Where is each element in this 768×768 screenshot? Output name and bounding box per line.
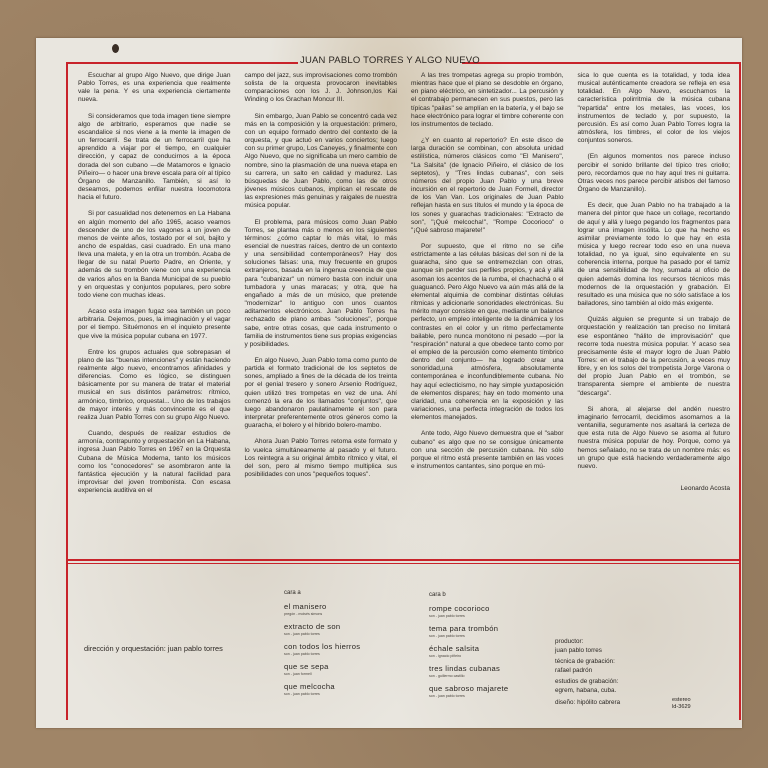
credit-design: diseño: hipólito cabrera — [555, 699, 620, 708]
liner-column-3: A las tres trompetas agrega su propio tr… — [411, 72, 564, 557]
credit-role: técnica de grabación: — [555, 658, 620, 667]
track: que sabroso majarete son - juan pablo to… — [429, 684, 508, 699]
track-credit: pregón - moisés simons — [284, 611, 360, 617]
track-title: extracto de son — [284, 622, 360, 631]
paragraph: Sin embargo, Juan Pablo se concentró cad… — [245, 113, 398, 211]
credit-producer: productor: juan pablo torres — [555, 638, 620, 655]
track-title: rompe cocorioco — [429, 604, 508, 613]
paragraph: campo del jazz, sus improvisaciones como… — [245, 72, 398, 105]
track-title: échale salsita — [429, 644, 508, 653]
track-title: tema para trombón — [429, 624, 508, 633]
paragraph: El problema, para músicos como Juan Pabl… — [245, 219, 398, 350]
track: tema para trombón son - juan pablo torre… — [429, 624, 508, 639]
side-b-label: cara b — [429, 592, 508, 598]
track-title: que se sepa — [284, 662, 360, 671]
paragraph: Ante todo, Algo Nuevo demuestra que el "… — [411, 430, 564, 471]
production-credits: productor: juan pablo torres técnica de … — [555, 638, 620, 710]
format-label: estereo — [672, 697, 691, 704]
paragraph: Ahora Juan Pablo Torres retoma este form… — [245, 438, 398, 479]
catalog-number: ld-3629 — [672, 704, 691, 711]
track: que melcocha son - juan pablo torres — [284, 682, 360, 697]
side-b-tracklist: cara b rompe cocorioco son - juan pablo … — [429, 592, 508, 704]
paragraph: En algo Nuevo, Juan Pablo toma como punt… — [245, 357, 398, 430]
paragraph: Si por casualidad nos detenemos en La Ha… — [78, 210, 231, 300]
paragraph: Escuchar al grupo Algo Nuevo, que dirige… — [78, 72, 231, 105]
track: con todos los hierros son - juan pablo t… — [284, 642, 360, 657]
track: tres lindas cubanas son - guillermo cast… — [429, 664, 508, 679]
track-credit: son - juan pablo torres — [284, 691, 360, 697]
liner-notes: Escuchar al grupo Algo Nuevo, que dirige… — [78, 72, 730, 557]
paragraph: Por supuesto, que el ritmo no se ciñe es… — [411, 243, 564, 422]
paragraph: Cuando, después de realizar estudios de … — [78, 430, 231, 495]
paragraph: (En algunos momentos nos parece incluso … — [578, 153, 731, 194]
paragraph: sica lo que cuenta es la totalidad, y to… — [578, 72, 731, 145]
catalog-info: estereo ld-3629 — [672, 697, 691, 711]
punch-hole — [112, 44, 119, 53]
paragraph: Si consideramos que toda imagen tiene si… — [78, 113, 231, 203]
track-title: tres lindas cubanas — [429, 664, 508, 673]
track-credit: son - juan pablo torres — [429, 633, 508, 639]
track-credit: son - juan pablo torres — [429, 613, 508, 619]
side-a-tracklist: cara a el manisero pregón - moisés simon… — [284, 590, 360, 702]
track: extracto de son son - juan pablo torres — [284, 622, 360, 637]
track-title: que sabroso majarete — [429, 684, 508, 693]
credit-role: diseño: — [555, 699, 575, 706]
side-a-label: cara a — [284, 590, 360, 596]
direction-credit: dirección y orquestación: juan pablo tor… — [84, 644, 223, 653]
credit-studios: estudios de grabación: egrem, habana, cu… — [555, 678, 620, 695]
credit-role: estudios de grabación: — [555, 678, 620, 687]
credit-name: juan pablo torres — [555, 647, 620, 656]
track: que se sepa son - juan formell — [284, 662, 360, 677]
credit-name: hipólito cabrera — [577, 699, 620, 706]
track-credit: son - juan pablo torres — [429, 693, 508, 699]
paragraph: ¿Y en cuanto al repertorio? En este disc… — [411, 137, 564, 235]
top-rule-left — [66, 62, 298, 64]
track-credit: son - guillermo castillo — [429, 673, 508, 679]
track-title: que melcocha — [284, 682, 360, 691]
track-credit: son - juan formell — [284, 671, 360, 677]
paragraph: A las tres trompetas agrega su propio tr… — [411, 72, 564, 129]
credit-recording-tech: técnica de grabación: rafael padrón — [555, 658, 620, 675]
paragraph: Es decir, que Juan Pablo no ha trabajado… — [578, 202, 731, 308]
divider-rule-thin — [66, 563, 739, 564]
paragraph: Entre los grupos actuales que sobrepasan… — [78, 349, 231, 422]
track: el manisero pregón - moisés simons — [284, 602, 360, 617]
credit-role: productor: — [555, 638, 620, 647]
paragraph: Acaso esta imagen fugaz sea también un p… — [78, 308, 231, 341]
top-rule-right — [462, 62, 739, 64]
credit-name: rafael padrón — [555, 667, 620, 676]
divider-rule — [66, 559, 739, 561]
track: échale salsita son - ignacio piñeiro — [429, 644, 508, 659]
liner-column-2: campo del jazz, sus improvisaciones como… — [245, 72, 398, 557]
track-title: con todos los hierros — [284, 642, 360, 651]
credit-name: egrem, habana, cuba. — [555, 687, 620, 696]
paragraph: Si ahora, al alejarse del andén nuestro … — [578, 406, 731, 471]
track-title: el manisero — [284, 602, 360, 611]
track-credit: son - juan pablo torres — [284, 631, 360, 637]
author-signature: Leonardo Acosta — [578, 485, 731, 493]
track: rompe cocorioco son - juan pablo torres — [429, 604, 508, 619]
liner-column-4: sica lo que cuenta es la totalidad, y to… — [578, 72, 731, 557]
liner-column-1: Escuchar al grupo Algo Nuevo, que dirige… — [78, 72, 231, 557]
album-title: JUAN PABLO TORRES Y ALGO NUEVO — [300, 55, 460, 66]
paragraph: Quizás alguien se pregunte si un trabajo… — [578, 316, 731, 398]
track-credit: son - juan pablo torres — [284, 651, 360, 657]
track-credit: son - ignacio piñeiro — [429, 653, 508, 659]
